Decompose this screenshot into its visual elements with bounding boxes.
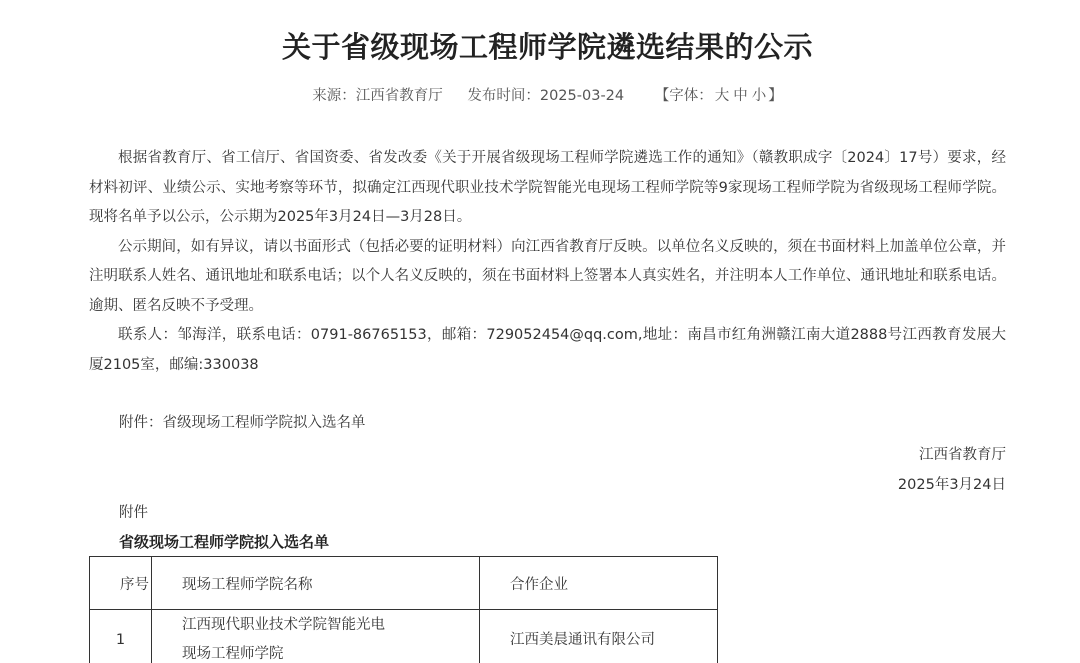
source-value: 江西省教育厅 xyxy=(356,85,443,107)
college-name-line2: 现场工程师学院 xyxy=(182,640,479,663)
font-size-small-link[interactable]: 小 xyxy=(752,85,767,107)
row-enterprise: 江西美晨通讯有限公司 xyxy=(480,610,718,663)
row-college-name: 江西现代职业技术学院智能光电 现场工程师学院 xyxy=(152,610,480,663)
font-size-switcher: 【字体：大中小】 xyxy=(655,85,783,107)
font-size-large-link[interactable]: 大 xyxy=(715,85,730,107)
article-body: 根据省教育厅、省工信厅、省国资委、省发改委《关于开展省级现场工程师学院遴选工作的… xyxy=(89,144,1006,380)
article-meta: 来源：江西省教育厅 发布时间：2025-03-24 【字体：大中小】 xyxy=(89,85,1006,107)
table-row: 1 江西现代职业技术学院智能光电 现场工程师学院 江西美晨通讯有限公司 xyxy=(90,610,718,663)
paragraph-contact: 联系人：邹海洋，联系电话：0791-86765153，邮箱：729052454@… xyxy=(89,321,1006,380)
signature-date: 2025年3月24日 xyxy=(898,471,1006,501)
paragraph-objections: 公示期间，如有异议，请以书面形式（包括必要的证明材料）向江西省教育厅反映。以单位… xyxy=(89,233,1006,322)
header-enterprise: 合作企业 xyxy=(480,557,718,610)
annex-label: 附件 xyxy=(119,501,148,525)
source-label: 来源： xyxy=(312,85,356,107)
publish-label: 发布时间： xyxy=(467,85,540,107)
header-college-name: 现场工程师学院名称 xyxy=(152,557,480,610)
row-number: 1 xyxy=(90,610,152,663)
table-header-row: 序号 现场工程师学院名称 合作企业 xyxy=(90,557,718,610)
font-size-medium-link[interactable]: 中 xyxy=(733,85,748,107)
college-name-line1: 江西现代职业技术学院智能光电 xyxy=(182,611,479,640)
candidate-table: 序号 现场工程师学院名称 合作企业 1 江西现代职业技术学院智能光电 现场工程师… xyxy=(89,556,718,663)
publish-date: 2025-03-24 xyxy=(540,85,624,107)
signature-org: 江西省教育厅 xyxy=(898,441,1006,471)
annex-title: 省级现场工程师学院拟入选名单 xyxy=(119,530,329,554)
page-title: 关于省级现场工程师学院遴选结果的公示 xyxy=(89,27,1006,67)
attachment-link[interactable]: 附件：省级现场工程师学院拟入选名单 xyxy=(119,411,366,435)
header-number: 序号 xyxy=(90,557,152,610)
paragraph-requirements: 根据省教育厅、省工信厅、省国资委、省发改委《关于开展省级现场工程师学院遴选工作的… xyxy=(89,144,1006,233)
font-size-close: 】 xyxy=(768,85,783,107)
font-size-open: 【字体： xyxy=(655,85,713,107)
signature-block: 江西省教育厅 2025年3月24日 xyxy=(898,441,1006,500)
